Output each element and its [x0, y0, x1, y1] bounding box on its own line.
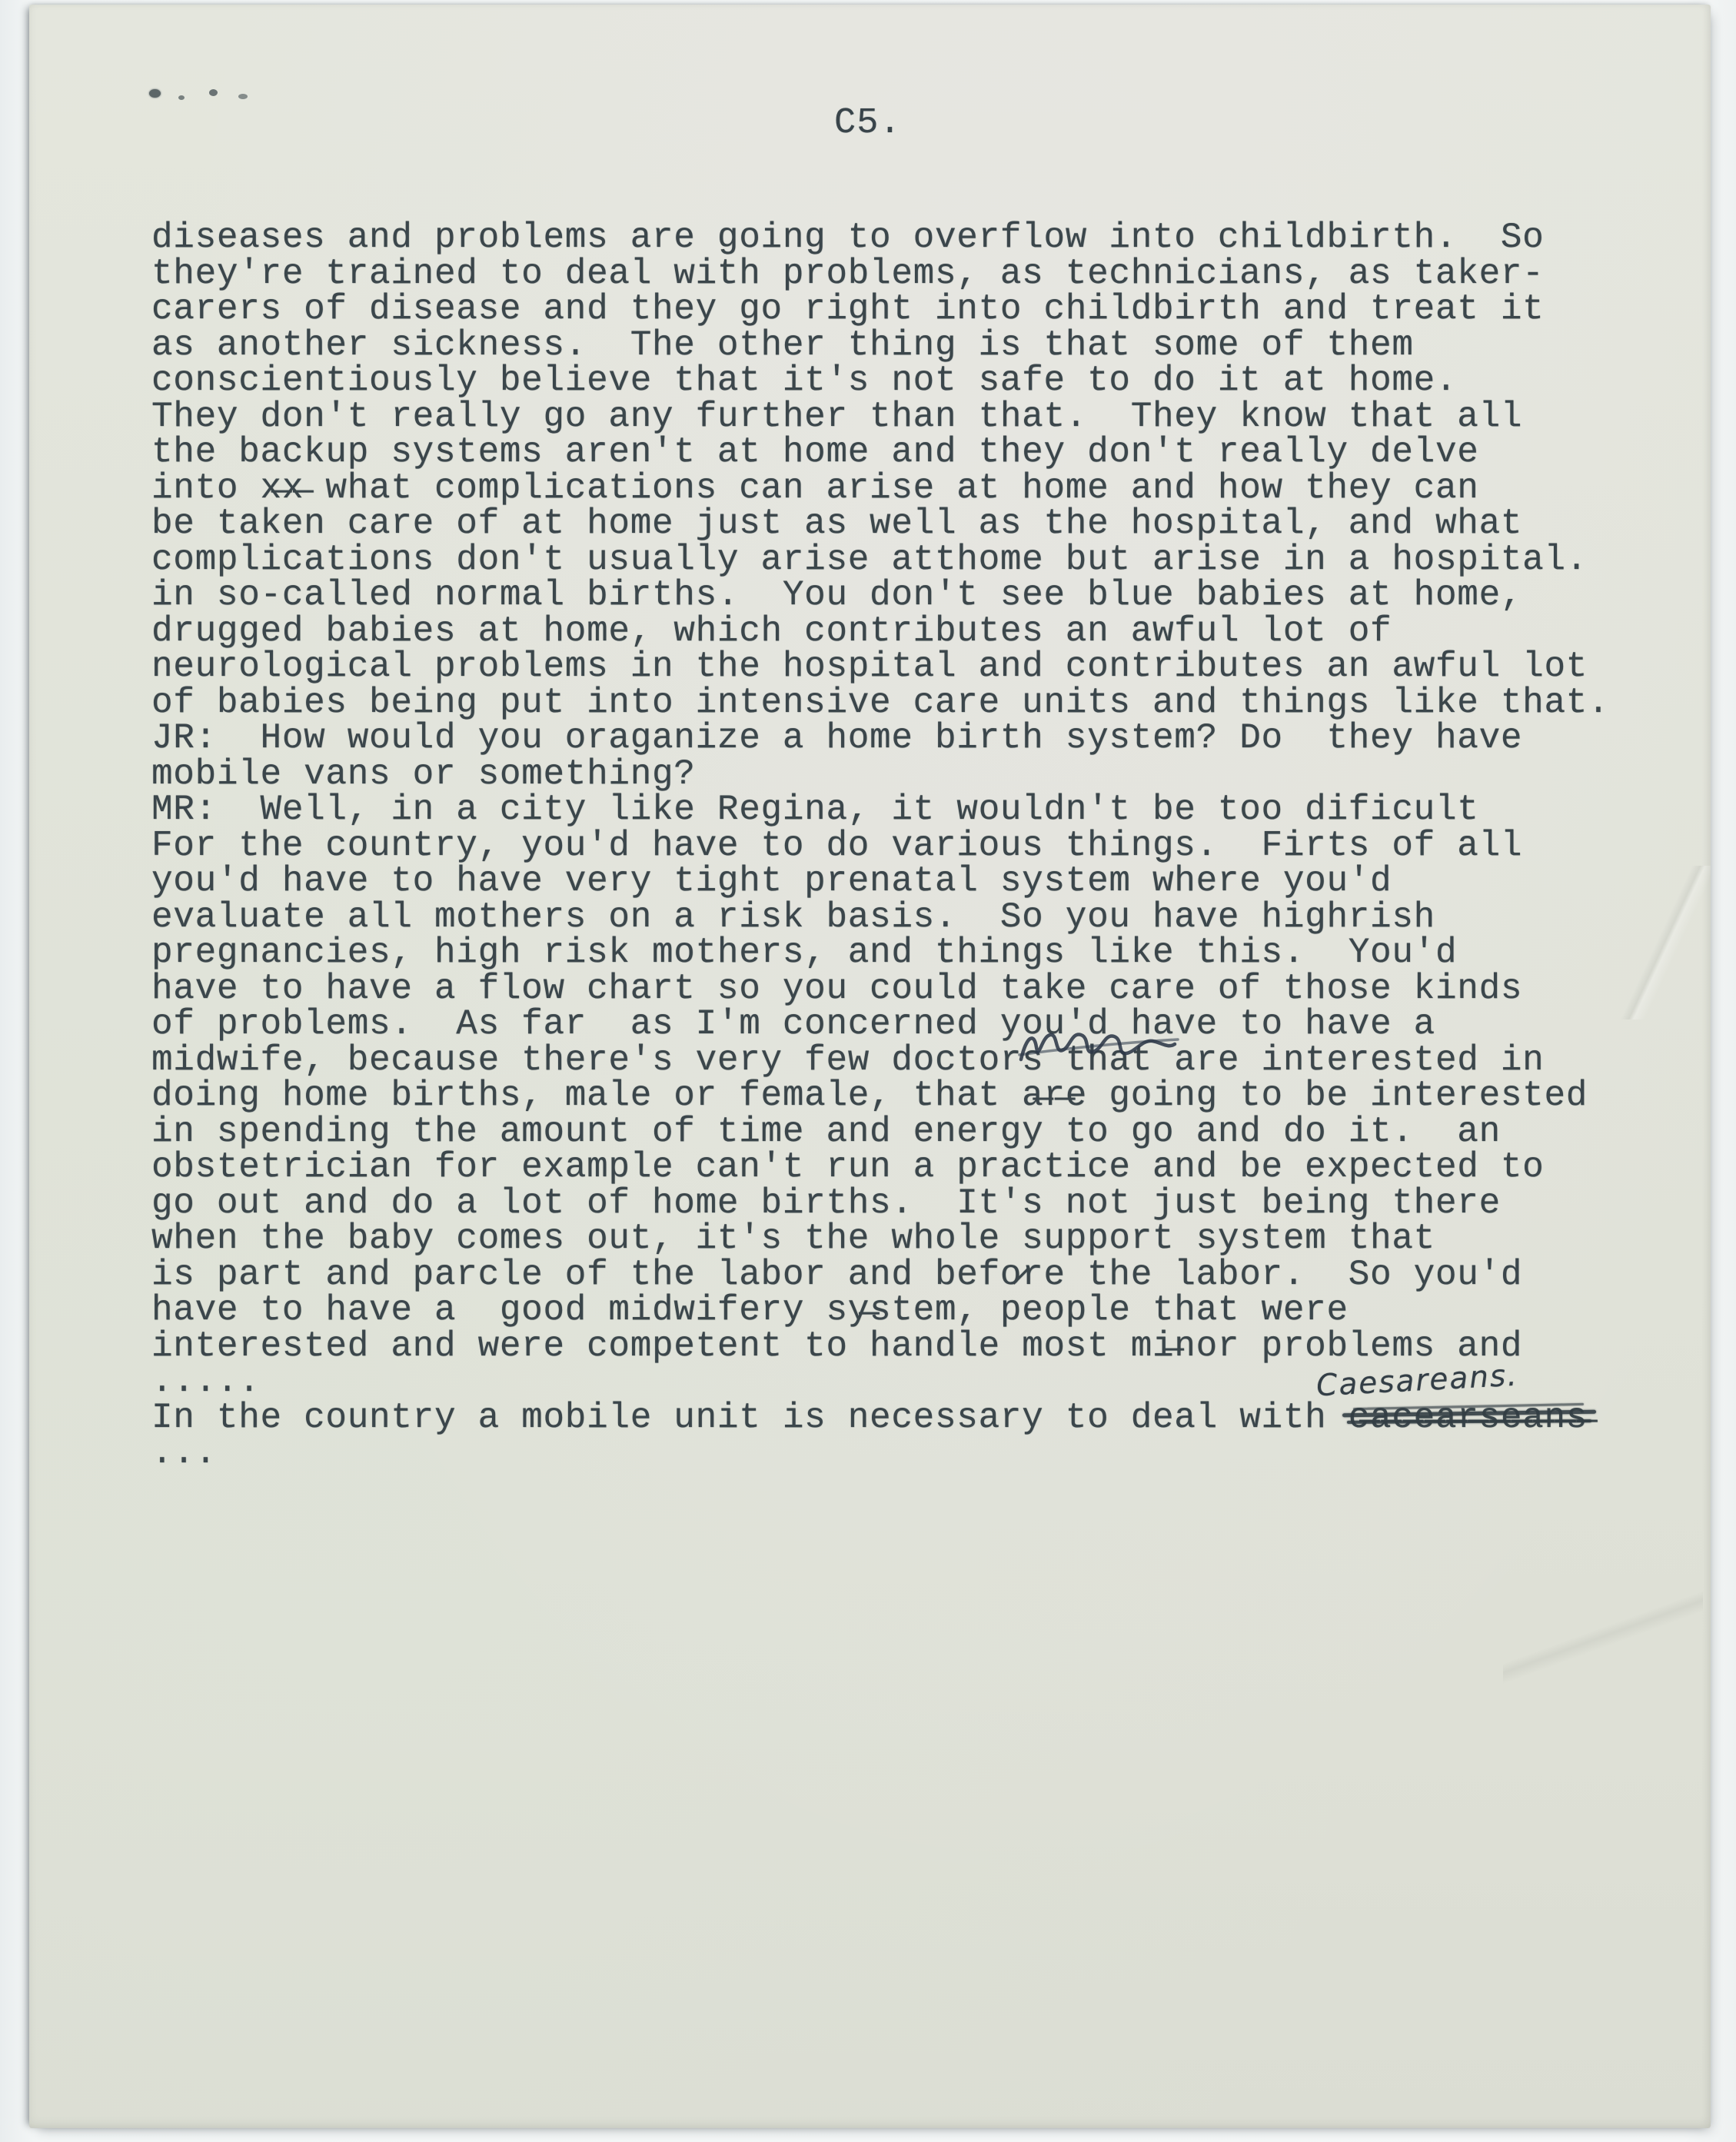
typed-line: in so-called normal births. You don't se…	[151, 577, 1681, 614]
typed-line: they're trained to deal with problems, a…	[151, 256, 1681, 292]
typed-line: MR: Well, in a city like Regina, it woul…	[151, 792, 1681, 828]
typed-line: the backup systems aren't at home and th…	[151, 434, 1681, 471]
typed-line: have to have a good midwifery sy̶stem, p…	[151, 1292, 1681, 1329]
typed-line: complications don't usually arise atthom…	[151, 542, 1681, 578]
staple-marks	[145, 81, 275, 112]
typed-line: go out and do a lot of home births. It's…	[151, 1186, 1681, 1222]
photo-background: { "doc": { "page_label": "C5.", "lines":…	[0, 0, 1736, 2142]
typed-text-block: diseases and problems are going to overf…	[151, 220, 1681, 1472]
typed-line: have to have a flow chart so you could t…	[151, 971, 1681, 1007]
typed-line: In the country a mobile unit is necessar…	[151, 1400, 1681, 1436]
typed-line: as another sickness. The other thing is …	[151, 328, 1681, 364]
typed-line: into x̶x̶ what complications can arise a…	[151, 471, 1681, 507]
typed-line: evaluate all mothers on a risk basis. So…	[151, 900, 1681, 936]
typed-line: in spending the amount of time and energ…	[151, 1114, 1681, 1150]
typed-line: interested and were competent to handle …	[151, 1329, 1681, 1365]
paper-crease	[1503, 1573, 1703, 1696]
typed-line: pregnancies, high risk mothers, and thin…	[151, 935, 1681, 971]
page-number: C5.	[834, 103, 902, 144]
typed-line: be taken care of at home just as well as…	[151, 506, 1681, 542]
typed-line: diseases and problems are going to overf…	[151, 220, 1681, 256]
typed-line: midwife, because there's very few doctor…	[151, 1043, 1681, 1079]
typed-line: ...	[151, 1435, 1681, 1472]
typed-line: obstetrician for example can't run a pra…	[151, 1149, 1681, 1186]
typed-line: carers of disease and they go right into…	[151, 291, 1681, 328]
typed-line: of problems. As far as I'm concerned you…	[151, 1006, 1681, 1043]
typed-line: mobile vans or something?	[151, 757, 1681, 793]
typed-line: doing home births, male or female, that …	[151, 1078, 1681, 1114]
typed-line: JR: How would you oraganize a home birth…	[151, 720, 1681, 757]
typed-line: They don't really go any further than th…	[151, 399, 1681, 435]
typed-line: is part and parcle of the labor and befo…	[151, 1257, 1681, 1293]
typed-line: drugged babies at home, which contribute…	[151, 614, 1681, 650]
typed-line: when the baby comes out, it's the whole …	[151, 1221, 1681, 1257]
typed-line: neurological problems in the hospital an…	[151, 649, 1681, 685]
typed-line: of babies being put into intensive care …	[151, 685, 1681, 721]
typed-line: For the country, you'd have to do variou…	[151, 828, 1681, 864]
typed-line: conscientiously believe that it's not sa…	[151, 363, 1681, 399]
typed-line: you'd have to have very tight prenatal s…	[151, 863, 1681, 900]
